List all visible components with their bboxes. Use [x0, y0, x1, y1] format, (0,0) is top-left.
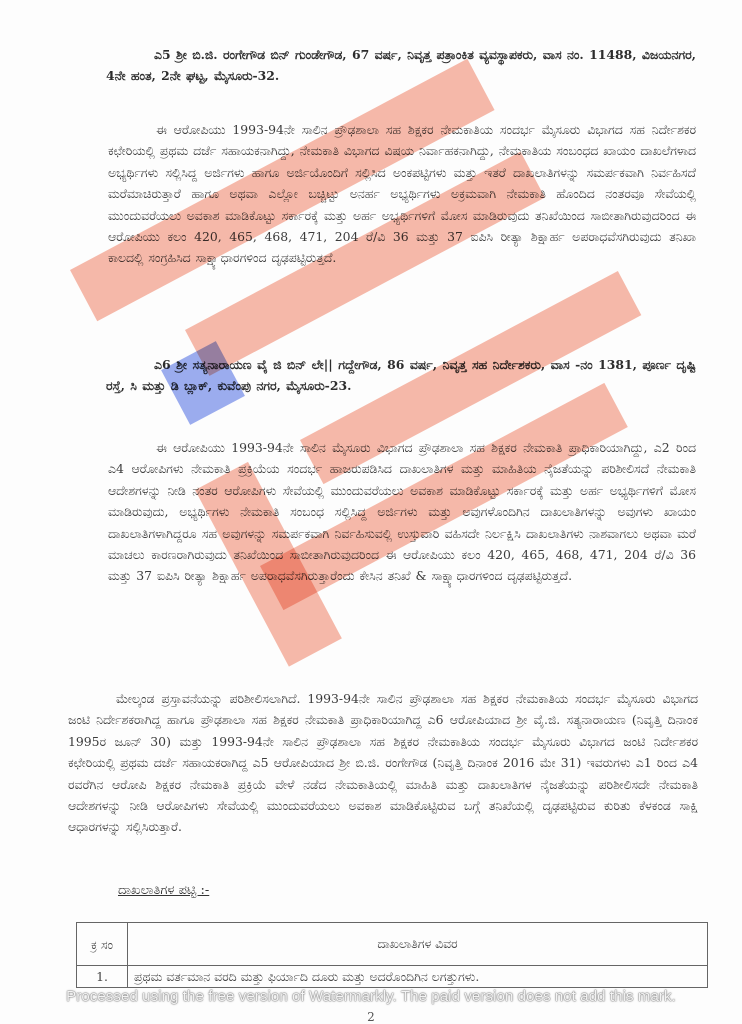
watermark-text: Processed using the free version of Wate… — [0, 988, 742, 1005]
accused-a5-header: ಎ5 ಶ್ರೀ ಬಿ.ಜಿ. ರಂಗೇಗೌಡ ಬಿನ್ ಗುಂಡೇಗೌಡ, 67… — [106, 44, 696, 87]
table-row: 1. ಪ್ರಥಮ ವರ್ತಮಾನ ವರದಿ ಮತ್ತು ಫಿರ್ಯಾದಿ ದೂರ… — [77, 966, 708, 988]
accused-a5-header-text: ಎ5 ಶ್ರೀ ಬಿ.ಜಿ. ರಂಗೇಗೌಡ ಬಿನ್ ಗುಂಡೇಗೌಡ, 67… — [106, 47, 696, 83]
accused-a6-body-text: ಈ ಆರೋಪಿಯು 1993-94ನೇ ಸಾಲಿನ ಮೈಸೂರು ವಿಭಾಗದ … — [108, 440, 696, 583]
row-detail: ಪ್ರಥಮ ವರ್ತಮಾನ ವರದಿ ಮತ್ತು ಫಿರ್ಯಾದಿ ದೂರು ಮ… — [128, 966, 708, 988]
table-header-row: ಕ್ರ ಸಂ ದಾಖಲಾತಿಗಳ ವಿವರ — [77, 923, 708, 966]
accused-a5-body-text: ಈ ಆರೋಪಿಯು 1993-94ನೇ ಸಾಲಿನ ಪ್ರೌಢಶಾಲಾ ಸಹ ಶ… — [108, 122, 696, 265]
row-serial: 1. — [77, 966, 128, 988]
documents-list-heading: ದಾಖಲಾತಿಗಳ ಪಟ್ಟಿ :- — [118, 883, 209, 898]
accused-a6-description: ಈ ಆರೋಪಿಯು 1993-94ನೇ ಸಾಲಿನ ಮೈಸೂರು ವಿಭಾಗದ … — [108, 437, 696, 587]
summary-text: ಮೇಲ್ಕಂಡ ಪ್ರಸ್ತಾವನೆಯನ್ನು ಪರಿಶೀಲಿಸಲಾಗಿದೆ. … — [68, 691, 698, 834]
page-number: 2 — [0, 1010, 742, 1024]
summary-paragraph: ಮೇಲ್ಕಂಡ ಪ್ರಸ್ತಾವನೆಯನ್ನು ಪರಿಶೀಲಿಸಲಾಗಿದೆ. … — [68, 688, 698, 838]
accused-a6-header-text: ಎ6 ಶ್ರೀ ಸತ್ಯನಾರಾಯಣ ವೈ ಜಿ ಬಿನ್ ಲೇ|| ಗದ್ದೇ… — [106, 357, 696, 393]
column-header-details: ದಾಖಲಾತಿಗಳ ವಿವರ — [128, 923, 708, 966]
document-page: ಎ5 ಶ್ರೀ ಬಿ.ಜಿ. ರಂಗೇಗೌಡ ಬಿನ್ ಗುಂಡೇಗೌಡ, 67… — [0, 0, 742, 1024]
accused-a5-description: ಈ ಆರೋಪಿಯು 1993-94ನೇ ಸಾಲಿನ ಪ್ರೌಢಶಾಲಾ ಸಹ ಶ… — [108, 119, 696, 269]
documents-table: ಕ್ರ ಸಂ ದಾಖಲಾತಿಗಳ ವಿವರ 1. ಪ್ರಥಮ ವರ್ತಮಾನ ವ… — [76, 922, 708, 988]
column-header-serial: ಕ್ರ ಸಂ — [77, 923, 128, 966]
accused-a6-header: ಎ6 ಶ್ರೀ ಸತ್ಯನಾರಾಯಣ ವೈ ಜಿ ಬಿನ್ ಲೇ|| ಗದ್ದೇ… — [106, 354, 696, 397]
